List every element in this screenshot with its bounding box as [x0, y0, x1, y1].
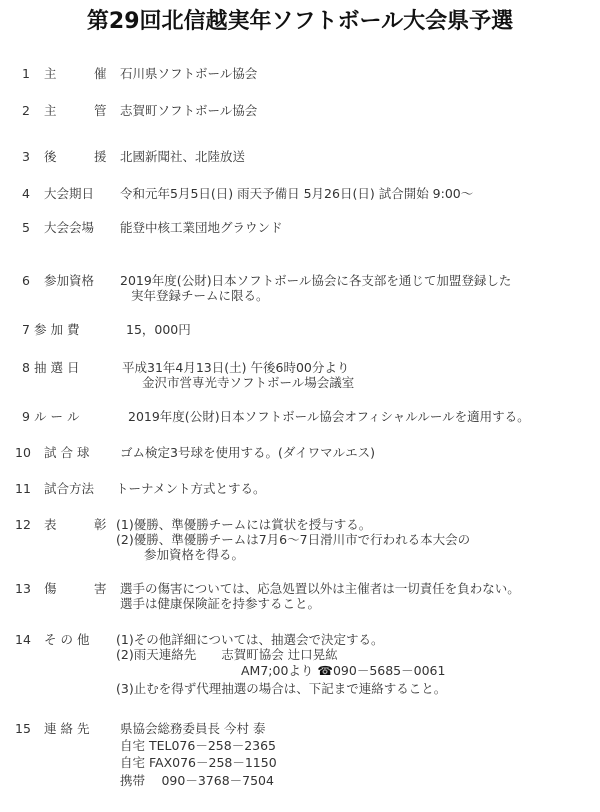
item-label: 抽 選 日: [34, 360, 79, 376]
item-number: 7: [22, 322, 30, 338]
item-value: ゴム検定3号球を使用する。(ダイワマルエス): [120, 445, 375, 461]
item-number: 10: [15, 445, 31, 461]
item-label: 主 催: [44, 66, 107, 82]
item-label: 主 管: [44, 103, 107, 119]
item-label: 参加資格: [44, 273, 94, 289]
item-number: 6: [22, 273, 30, 289]
item-value: 県協会総務委員長 今村 泰: [120, 721, 265, 737]
item-value: 実年登録チームに限る。: [131, 288, 269, 304]
item-label: 表 彰: [44, 517, 107, 533]
item-value: 石川県ソフトボール協会: [120, 66, 257, 82]
item-value: 自宅 TEL076－258－2365: [120, 738, 276, 754]
item-label: 試合方法: [44, 481, 94, 497]
item-label: そ の 他: [44, 632, 89, 648]
item-label: 参 加 費: [34, 322, 79, 338]
item-number: 14: [15, 632, 31, 648]
item-number: 4: [22, 186, 30, 202]
item-label: 試 合 球: [44, 445, 89, 461]
item-label: 大会会場: [44, 220, 94, 236]
item-value: 選手の傷害については、応急処置以外は主催者は一切責任を負わない。: [120, 581, 520, 597]
item-value: 2019年度(公財)日本ソフトボール協会に各支部を通じて加盟登録した: [120, 273, 511, 289]
page-title: 第29回北信越実年ソフトボール大会県予選: [0, 4, 600, 35]
item-number: 1: [22, 66, 30, 82]
item-number: 15: [15, 721, 31, 737]
item-number: 5: [22, 220, 30, 236]
item-label: 連 絡 先: [44, 721, 89, 737]
item-label: 傷 害: [44, 581, 107, 597]
item-value: (1)その他詳細については、抽選会で決定する。: [116, 632, 383, 648]
item-value: (1)優勝、準優勝チームには賞状を授与する。: [116, 517, 371, 533]
item-label: 大会期日: [44, 186, 94, 202]
item-value: AM7;00より ☎090－5685－0061: [241, 663, 445, 679]
item-value: 自宅 FAX076－258－1150: [120, 755, 277, 771]
item-value: 携帯 090－3768－7504: [120, 773, 274, 789]
item-label: 後 援: [44, 149, 107, 165]
item-value: (2)優勝、準優勝チームは7月6～7日滑川市で行われる本大会の: [116, 532, 470, 548]
item-value: (2)雨天連絡先 志賀町協会 辻口晃紘: [116, 647, 338, 663]
item-number: 8: [22, 360, 30, 376]
item-value: 北國新聞社、北陸放送: [120, 149, 245, 165]
item-value: 平成31年4月13日(土) 午後6時00分より: [122, 360, 349, 376]
item-number: 2: [22, 103, 30, 119]
phone-icon: ☎: [317, 663, 333, 678]
rain-contact-time: AM7;00より: [241, 663, 313, 678]
item-number: 9: [22, 409, 30, 425]
item-value: 志賀町ソフトボール協会: [120, 103, 257, 119]
item-value: 15，000円: [126, 322, 191, 338]
item-value: 選手は健康保険証を持参すること。: [120, 596, 320, 612]
item-number: 13: [15, 581, 31, 597]
item-value: 能登中核工業団地グラウンド: [120, 220, 283, 236]
item-value: 金沢市営専光寺ソフトボール場会議室: [142, 375, 354, 391]
item-value: 令和元年5月5日(日) 雨天予備日 5月26日(日) 試合開始 9:00～: [120, 186, 473, 202]
item-value: トーナメント方式とする。: [116, 481, 266, 497]
rain-contact-phone: 090－5685－0061: [333, 663, 445, 678]
item-value: 2019年度(公財)日本ソフトボール協会オフィシャルルールを適用する。: [128, 409, 530, 425]
item-value: 参加資格を得る。: [144, 547, 244, 563]
item-label: ル ー ル: [34, 409, 79, 425]
item-number: 3: [22, 149, 30, 165]
item-value: (3)止むを得ず代理抽選の場合は、下記まで連絡すること。: [116, 681, 446, 697]
item-number: 11: [15, 481, 31, 497]
item-number: 12: [15, 517, 31, 533]
